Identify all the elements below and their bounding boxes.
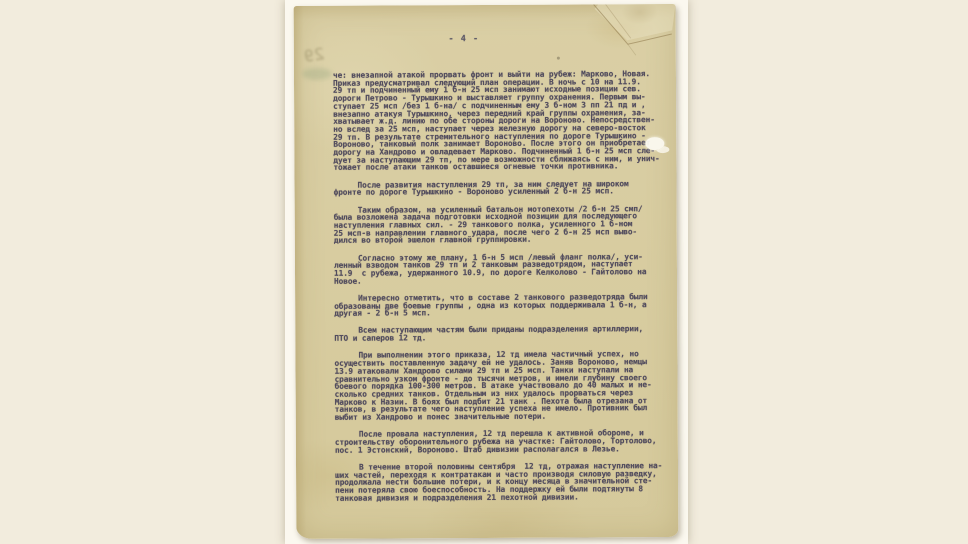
page-number: - 4 - [424, 34, 504, 44]
paragraph: После провала наступления, 12 тд перешла… [335, 429, 665, 454]
bleed-through-mark: 29 [302, 44, 325, 67]
bleed-through-smudge [302, 68, 332, 80]
corner-crease-lines [576, 4, 676, 57]
ink-speck [415, 185, 417, 187]
paragraph: че: внезапной атакой прорвать фронт и вы… [333, 70, 664, 172]
correction-spot [645, 137, 664, 150]
paragraph: После развития наступления 29 тп, за ним… [334, 180, 664, 197]
paragraph: При выполнении этого приказа, 12 тд имел… [334, 350, 664, 421]
document-page: 29 - 4 - че: внезапной атакой прорвать ф… [294, 4, 679, 539]
paragraph: В течение второй половины сентября 12 тд… [335, 462, 665, 502]
scanned-document-view: 29 - 4 - че: внезапной атакой прорвать ф… [0, 0, 968, 544]
ink-speck [557, 57, 560, 60]
paragraph: Интересно отметить, что в составе 2 танк… [334, 293, 664, 318]
document-body: че: внезапной атакой прорвать фронт и вы… [333, 70, 665, 512]
paragraph: Всем наступающим частям были приданы под… [334, 326, 664, 343]
paragraph: Согласно этому же плану, 1 б-н 5 мсп /ле… [334, 253, 664, 286]
paragraph: Таким образом, на усиленный батальон мот… [334, 205, 664, 245]
